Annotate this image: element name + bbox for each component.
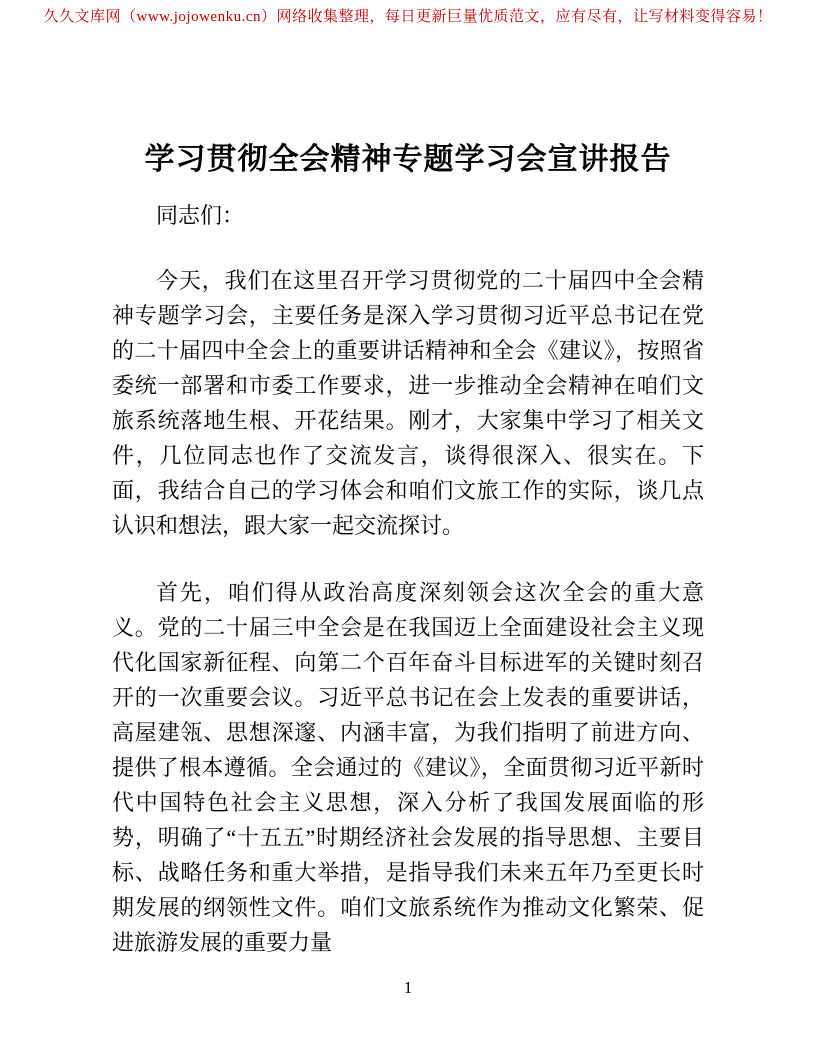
salutation: 同志们： (112, 198, 704, 233)
document-content: 学习贯彻全会精神专题学习会宣讲报告 同志们： 今天，我们在这里召开学习贯彻党的二… (112, 140, 704, 992)
paragraph-2: 首先，咱们得从政治高度深刻领会这次全会的重大意义。党的二十届三中全会是在我国迈上… (112, 575, 704, 960)
page-number: 1 (0, 978, 816, 998)
document-title: 学习贯彻全会精神专题学习会宣讲报告 (112, 140, 704, 180)
document-page: 久久文库网（www.jojowenku.cn）网络收集整理，每日更新巨量优质范文… (0, 0, 816, 1056)
watermark-header: 久久文库网（www.jojowenku.cn）网络收集整理，每日更新巨量优质范文… (0, 5, 816, 26)
paragraph-1: 今天，我们在这里召开学习贯彻党的二十届四中全会精神专题学习会，主要任务是深入学习… (112, 263, 704, 543)
